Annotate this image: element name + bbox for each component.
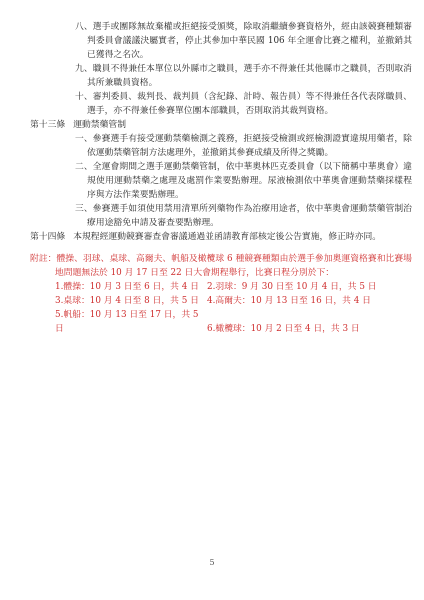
note-paragraph: 附註：體操、羽球、桌球、高爾夫、帆船及橄欖球 6 種競賽種類由於選手參加奧運資格… (30, 252, 412, 280)
schedule-row-2: 3.桌球：10 月 4 日至 8 日，共 5 日4.高爾夫：10 月 13 日至… (30, 294, 412, 308)
article-13-heading: 第十三條運動禁藥管制 (30, 118, 412, 132)
schedule-entry-rugby: 6.橄欖球：10 月 2 日至 4 日，共 3 日 (207, 324, 360, 334)
article-13-item-1: 一、參賽選手有接受運動禁藥檢測之義務，拒絕接受檢測或經檢測證實違規用藥者，除依運… (30, 132, 412, 160)
clause-item-9: 九、職員不得兼任本單位以外縣市之職員，選手亦不得兼任其他縣市之職員，否則取消其所… (30, 62, 412, 90)
article-13-item-3: 三、參賽選手如須使用禁用清單所列藥物作為治療用途者，依中華奧會運動禁藥管制治療用… (30, 202, 412, 230)
schedule-entry-tabletennis: 3.桌球：10 月 4 日至 8 日，共 5 日 (55, 294, 207, 308)
article-text: 本規程經運動競賽審查會審議通過並函請教育部核定後公告實施，修正時亦同。 (73, 232, 381, 242)
item-number: 一、 (75, 134, 93, 144)
clause-item-8: 八、選手或團隊無故棄權或拒絕接受頒獎，除取消繼續參賽資格外，經由該競賽種類審判委… (30, 20, 412, 62)
schedule-entry-golf: 4.高爾夫：10 月 13 日至 16 日，共 4 日 (207, 296, 371, 306)
item-number: 十、 (75, 92, 93, 102)
item-text: 參賽選手如須使用禁用清單所列藥物作為治療用途者，依中華奧會運動禁藥管制治療用途豁… (87, 204, 412, 228)
article-number: 第十四條 (30, 232, 65, 242)
schedule-entry-gymnastics: 1.體操：10 月 3 日至 6 日，共 4 日 (55, 280, 207, 294)
schedule-entry-badminton: 2.羽球：9 月 30 日至 10 月 4 日，共 5 日 (207, 282, 377, 292)
item-text: 全運會期間之選手運動禁藥管制，依中華奧林匹克委員會（以下簡稱中華奧會）違規使用運… (87, 162, 412, 200)
page-number: 5 (0, 556, 424, 570)
document-page: 八、選手或團隊無故棄權或拒絕接受頒獎，除取消繼續參賽資格外，經由該競賽種類審判委… (0, 0, 424, 600)
item-number: 二、 (75, 162, 93, 172)
article-number: 第十三條 (30, 120, 65, 130)
item-text: 職員不得兼任本單位以外縣市之職員，選手亦不得兼任其他縣市之職員，否則取消其所兼職… (87, 64, 412, 88)
item-number: 九、 (75, 64, 93, 74)
article-13-item-2: 二、全運會期間之選手運動禁藥管制，依中華奧林匹克委員會（以下簡稱中華奧會）違規使… (30, 160, 412, 202)
schedule-row-3: 5.帆船：10 月 13 日至 17 日，共 5 日6.橄欖球：10 月 2 日… (30, 308, 412, 336)
note-block: 附註：體操、羽球、桌球、高爾夫、帆船及橄欖球 6 種競賽種類由於選手參加奧運資格… (30, 252, 412, 336)
item-text: 參賽選手有接受運動禁藥檢測之義務，拒絕接受檢測或經檢測證實違規用藥者，除依運動禁… (87, 134, 412, 158)
item-text: 選手或團隊無故棄權或拒絕接受頒獎，除取消繼續參賽資格外，經由該競賽種類審判委員會… (87, 22, 412, 60)
clause-item-10: 十、審判委員、裁判長、裁判員（含紀錄、計時、報告員）等不得兼任各代表隊職員、選手… (30, 90, 412, 118)
note-text: 體操、羽球、桌球、高爾夫、帆船及橄欖球 6 種競賽種類由於選手參加奧運資格賽和比… (55, 254, 412, 278)
item-number: 三、 (75, 204, 93, 214)
item-text: 審判委員、裁判長、裁判員（含紀錄、計時、報告員）等不得兼任各代表隊職員、選手，亦… (87, 92, 412, 116)
schedule-row-1: 1.體操：10 月 3 日至 6 日，共 4 日2.羽球：9 月 30 日至 1… (30, 280, 412, 294)
schedule-entry-sailing: 5.帆船：10 月 13 日至 17 日，共 5 日 (55, 308, 207, 336)
note-label: 附註： (30, 254, 56, 264)
article-14: 第十四條本規程經運動競賽審查會審議通過並函請教育部核定後公告實施，修正時亦同。 (30, 230, 412, 244)
item-number: 八、 (75, 22, 93, 32)
article-title: 運動禁藥管制 (73, 120, 126, 130)
